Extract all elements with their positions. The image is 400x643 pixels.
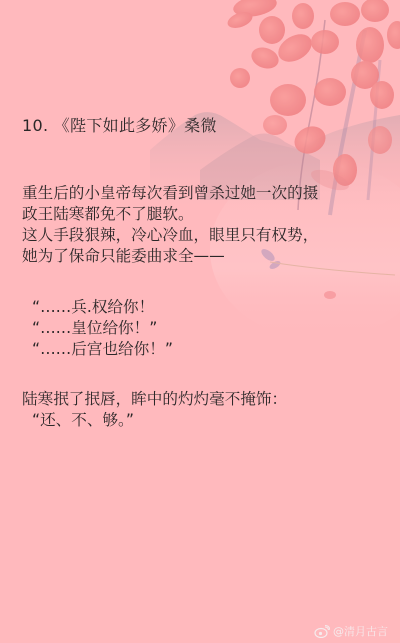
closing-line: “还、不、够。”: [22, 410, 287, 431]
quote-line: “……后宫也给你！”: [32, 339, 173, 360]
quote-line: “……兵.权给你！: [32, 297, 173, 318]
title-author: 桑微: [184, 116, 217, 135]
synopsis-line: 她为了保命只能委曲求全——: [22, 246, 392, 267]
closing-paragraph: 陆寒抿了抿唇，眸中的灼灼毫不掩饰： “还、不、够。”: [22, 389, 287, 431]
watermark-text: @清月古言: [333, 623, 388, 639]
synopsis-paragraph: 重生后的小皇帝每次看到曾杀过她一次的摄 政王陆寒都免不了腿软。 这人手段狠辣，冷…: [22, 183, 392, 267]
synopsis-line: 政王陆寒都免不了腿软。: [22, 204, 392, 225]
weibo-icon: [314, 625, 330, 638]
quote-line: “……皇位给你！”: [32, 318, 173, 339]
synopsis-line: 重生后的小皇帝每次看到曾杀过她一次的摄: [22, 183, 392, 204]
closing-line: 陆寒抿了抿唇，眸中的灼灼毫不掩饰：: [22, 389, 287, 410]
synopsis-line: 这人手段狠辣，冷心冷血，眼里只有权势，: [22, 225, 392, 246]
dialogue-quotes: “……兵.权给你！ “……皇位给你！” “……后宫也给你！”: [32, 297, 173, 360]
book-title: 10. 《陛下如此多娇》桑微: [22, 113, 217, 136]
title-number: 10.: [22, 116, 48, 135]
title-book-name: 《陛下如此多娇》: [54, 116, 184, 135]
watermark: @清月古言: [314, 623, 388, 639]
